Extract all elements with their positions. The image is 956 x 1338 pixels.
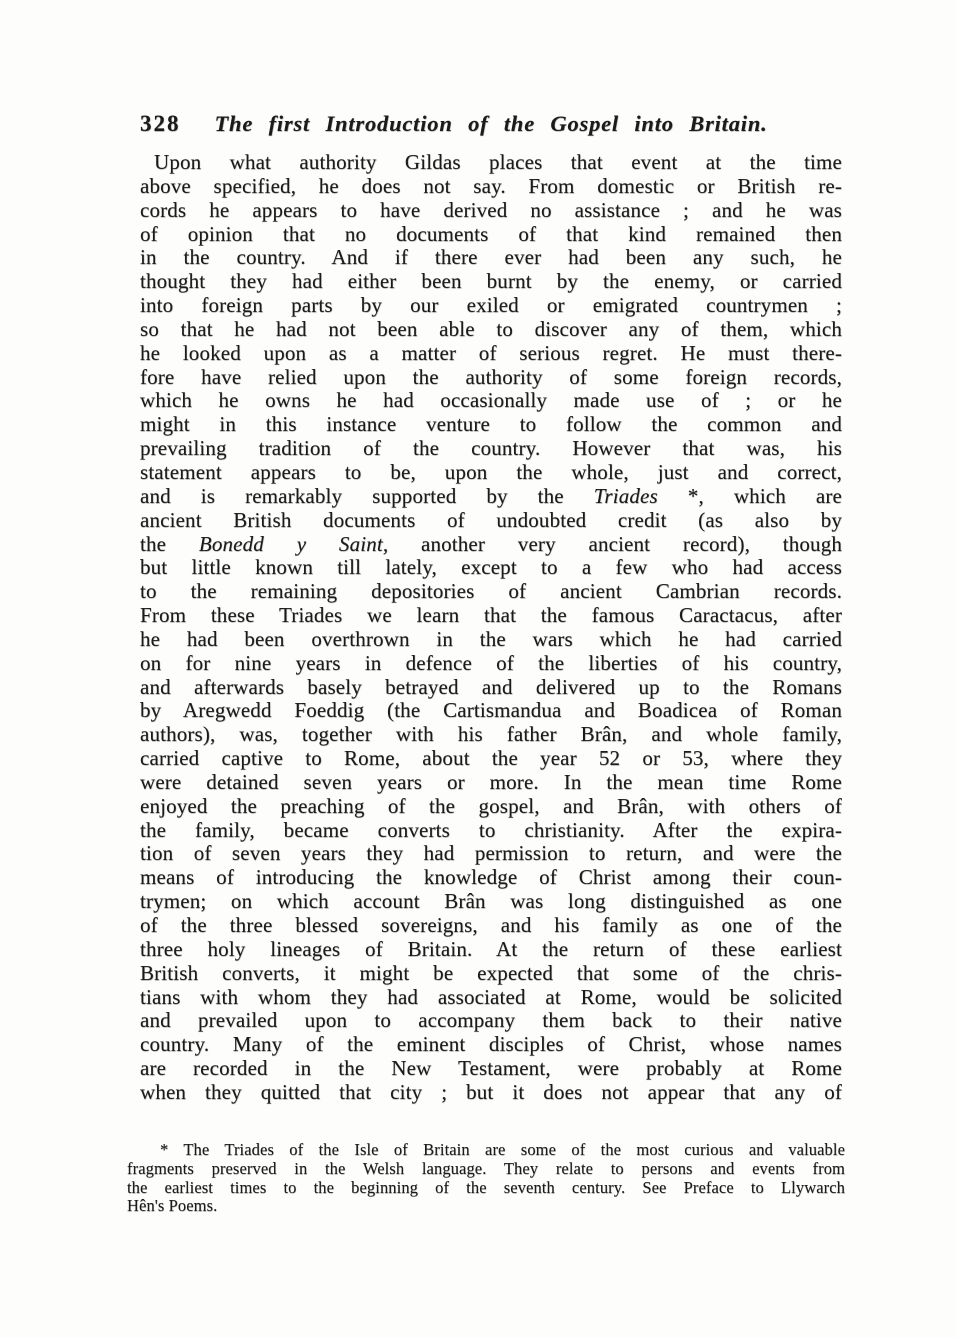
text-segment: and afterwards basely betrayed and deliv… — [140, 676, 842, 699]
text-line: cords he appears to have derived no assi… — [140, 199, 842, 223]
text-segment: he had been overthrown in the wars which… — [140, 628, 842, 651]
text-segment: were detained seven years or more. In th… — [140, 771, 842, 794]
text-segment: tion of seven years they had permission … — [140, 842, 842, 865]
text-line: above specified, he does not say. From d… — [140, 175, 842, 199]
text-segment: Hên's Poems. — [127, 1197, 217, 1215]
text-segment: but little known till lately, except to … — [140, 556, 842, 579]
scanned-book-page: 328 The first Introduction of the Gospel… — [0, 0, 956, 1338]
text-line: the family, became converts to christian… — [140, 819, 842, 843]
text-segment: when they quitted that city ; but it doe… — [140, 1081, 842, 1104]
running-header: 328 The first Introduction of the Gospel… — [140, 111, 842, 137]
text-line: of opinion that no documents of that kin… — [140, 223, 842, 247]
text-segment: into foreign parts by our exiled or emig… — [140, 294, 842, 317]
text-segment: fore have relied upon the authority of s… — [140, 366, 842, 389]
text-segment: in the country. And if there ever had be… — [140, 246, 842, 269]
text-line: authors), was, together with his father … — [140, 723, 842, 747]
text-segment: enjoyed the preaching of the gospel, and… — [140, 795, 842, 818]
text-segment: authors), was, together with his father … — [140, 723, 842, 746]
text-line: Upon what authority Gildas places that e… — [140, 151, 842, 175]
text-line: in the country. And if there ever had be… — [140, 246, 842, 270]
text-segment: of opinion that no documents of that kin… — [140, 223, 842, 246]
text-segment: to the remaining depositories of ancient… — [140, 580, 842, 603]
text-segment: another very ancient record), though — [388, 533, 842, 556]
text-line: of the three blessed sovereigns, and his… — [140, 914, 842, 938]
text-line: which he owns he had occasionally made u… — [140, 389, 842, 413]
text-segment: and is remarkably supported by the — [140, 485, 594, 508]
text-line: fragments preserved in the Welsh languag… — [127, 1160, 845, 1179]
body-text: Upon what authority Gildas places that e… — [140, 151, 842, 1105]
text-segment: so that he had not been able to discover… — [140, 318, 842, 341]
italic-text: Triades — [594, 485, 658, 508]
text-segment: statement appears to be, upon the whole,… — [140, 461, 842, 484]
text-segment: From these Triades we learn that the fam… — [140, 604, 842, 627]
text-segment: the earliest times to the beginning of t… — [127, 1179, 845, 1197]
text-line: tion of seven years they had permission … — [140, 842, 842, 866]
text-segment: cords he appears to have derived no assi… — [140, 199, 842, 222]
text-line: on for nine years in defence of the libe… — [140, 652, 842, 676]
text-segment: Upon what authority Gildas places that e… — [140, 151, 842, 174]
text-line: From these Triades we learn that the fam… — [140, 604, 842, 628]
text-line: and prevailed upon to accompany them bac… — [140, 1009, 842, 1033]
italic-text: Bonedd y Saint, — [199, 533, 388, 556]
text-line: British converts, it might be expected t… — [140, 962, 842, 986]
text-segment: he looked upon as a matter of serious re… — [140, 342, 842, 365]
text-segment: which he owns he had occasionally made u… — [140, 389, 842, 412]
text-line: country. Many of the eminent disciples o… — [140, 1033, 842, 1057]
text-line: three holy lineages of Britain. At the r… — [140, 938, 842, 962]
footnote: * The Triades of the Isle of Britain are… — [127, 1141, 845, 1216]
text-segment: the family, became converts to christian… — [140, 819, 842, 842]
text-segment: the — [140, 533, 199, 556]
text-line: but little known till lately, except to … — [140, 556, 842, 580]
text-segment: trymen; on which account Brân was long d… — [140, 890, 842, 913]
text-line: means of introducing the knowledge of Ch… — [140, 866, 842, 890]
text-line: statement appears to be, upon the whole,… — [140, 461, 842, 485]
text-segment: prevailing tradition of the country. How… — [140, 437, 842, 460]
text-line: when they quitted that city ; but it doe… — [140, 1081, 842, 1105]
text-line: he had been overthrown in the wars which… — [140, 628, 842, 652]
text-line: by Aregwedd Foeddig (the Cartismandua an… — [140, 699, 842, 723]
text-line: enjoyed the preaching of the gospel, and… — [140, 795, 842, 819]
text-line: are recorded in the New Testament, were … — [140, 1057, 842, 1081]
text-segment: British converts, it might be expected t… — [140, 962, 842, 985]
text-line: into foreign parts by our exiled or emig… — [140, 294, 842, 318]
text-segment: by Aregwedd Foeddig (the Cartismandua an… — [140, 699, 842, 722]
text-line: carried captive to Rome, about the year … — [140, 747, 842, 771]
text-line: tians with whom they had associated at R… — [140, 986, 842, 1010]
text-segment: ancient British documents of undoubted c… — [140, 509, 842, 532]
text-line: and is remarkably supported by the Triad… — [140, 485, 842, 509]
text-segment: thought they had either been burnt by th… — [140, 270, 842, 293]
text-segment: country. Many of the eminent disciples o… — [140, 1033, 842, 1056]
text-line: to the remaining depositories of ancient… — [140, 580, 842, 604]
text-segment: means of introducing the knowledge of Ch… — [140, 866, 842, 889]
text-segment: of the three blessed sovereigns, and his… — [140, 914, 842, 937]
text-segment: above specified, he does not say. From d… — [140, 175, 842, 198]
text-segment: might in this instance venture to follow… — [140, 413, 842, 436]
text-segment: three holy lineages of Britain. At the r… — [140, 938, 842, 961]
text-line: the earliest times to the beginning of t… — [127, 1179, 845, 1198]
text-line: and afterwards basely betrayed and deliv… — [140, 676, 842, 700]
text-segment: * The Triades of the Isle of Britain are… — [127, 1141, 845, 1159]
text-segment: on for nine years in defence of the libe… — [140, 652, 842, 675]
text-segment: tians with whom they had associated at R… — [140, 986, 842, 1009]
text-line: trymen; on which account Brân was long d… — [140, 890, 842, 914]
text-segment: carried captive to Rome, about the year … — [140, 747, 842, 770]
text-segment: *, which are — [658, 485, 842, 508]
text-segment: are recorded in the New Testament, were … — [140, 1057, 842, 1080]
text-line: he looked upon as a matter of serious re… — [140, 342, 842, 366]
text-line: so that he had not been able to discover… — [140, 318, 842, 342]
text-line: * The Triades of the Isle of Britain are… — [127, 1141, 845, 1160]
running-title: The first Introduction of the Gospel int… — [215, 111, 768, 137]
text-line: Hên's Poems. — [127, 1197, 845, 1216]
text-line: ancient British documents of undoubted c… — [140, 509, 842, 533]
text-line: the Bonedd y Saint, another very ancient… — [140, 533, 842, 557]
page-number: 328 — [140, 111, 181, 137]
text-line: were detained seven years or more. In th… — [140, 771, 842, 795]
text-line: thought they had either been burnt by th… — [140, 270, 842, 294]
text-line: prevailing tradition of the country. How… — [140, 437, 842, 461]
text-segment: and prevailed upon to accompany them bac… — [140, 1009, 842, 1032]
text-line: fore have relied upon the authority of s… — [140, 366, 842, 390]
text-line: might in this instance venture to follow… — [140, 413, 842, 437]
text-segment: fragments preserved in the Welsh languag… — [127, 1160, 845, 1178]
